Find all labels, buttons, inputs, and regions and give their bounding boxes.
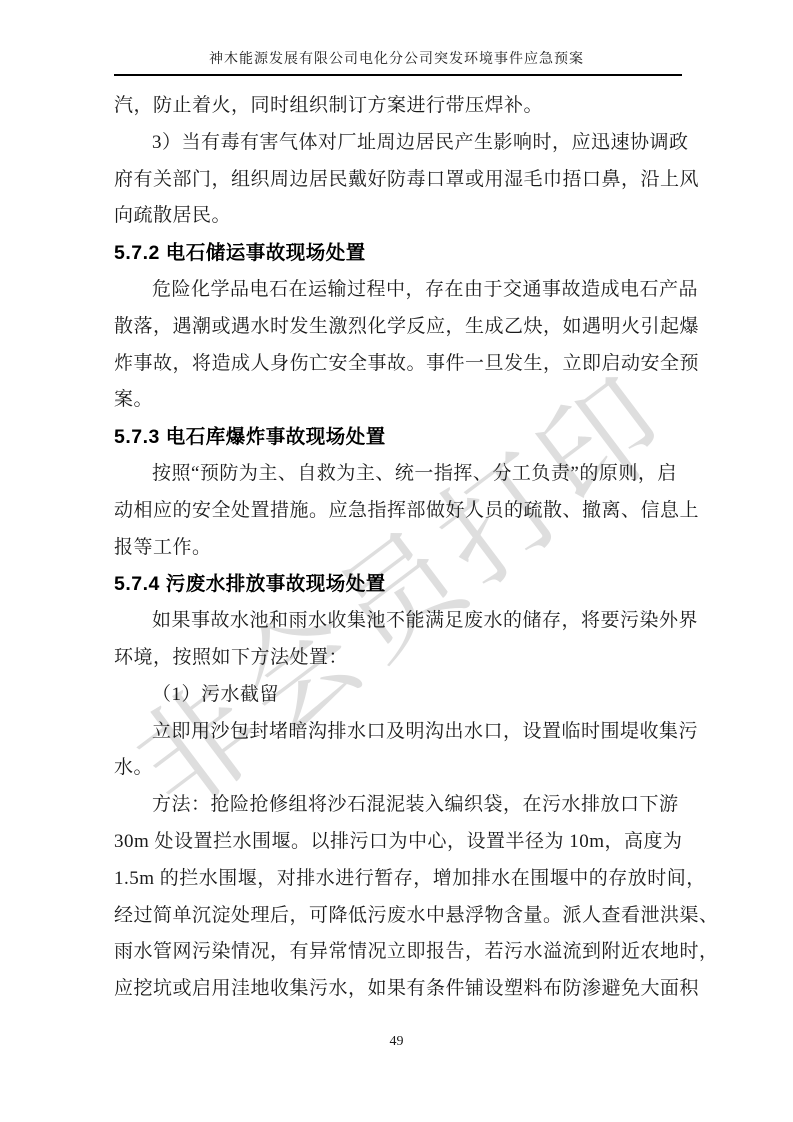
section-heading: 5.7.4 污废水排放事故现场处置 xyxy=(114,566,682,603)
body-line: 应挖坑或启用洼地收集污水，如果有条件铺设塑料布防渗避免大面积 xyxy=(114,971,682,1008)
body-line: 动相应的安全处置措施。应急指挥部做好人员的疏散、撤离、信息上 xyxy=(114,493,682,530)
body-line: 立即用沙包封堵暗沟排水口及明沟出水口，设置临时围堤收集污 xyxy=(114,714,682,751)
section-heading: 5.7.2 电石储运事故现场处置 xyxy=(114,235,682,272)
body-line: 方法：抢险抢修组将沙石混泥装入编织袋，在污水排放口下游 xyxy=(114,787,682,824)
body-line: 经过简单沉淀处理后，可降低污废水中悬浮物含量。派人查看泄洪渠、 xyxy=(114,898,682,935)
document-body: 汽，防止着火，同时组织制订方案进行带压焊补。3）当有毒有害气体对厂址周边居民产生… xyxy=(114,88,682,1008)
body-line: 按照“预防为主、自救为主、统一指挥、分工负责”的原则，启 xyxy=(114,456,682,493)
body-line: 如果事故水池和雨水收集池不能满足废水的储存，将要污染外界 xyxy=(114,603,682,640)
body-line: （1）污水截留 xyxy=(114,677,682,714)
body-line: 府有关部门，组织周边居民戴好防毒口罩或用湿毛巾捂口鼻，沿上风 xyxy=(114,162,682,199)
body-line: 汽，防止着火，同时组织制订方案进行带压焊补。 xyxy=(114,88,682,125)
body-line: 炸事故，将造成人身伤亡安全事故。事件一旦发生，立即启动安全预 xyxy=(114,346,682,383)
section-heading: 5.7.3 电石库爆炸事故现场处置 xyxy=(114,419,682,456)
body-line: 报等工作。 xyxy=(114,530,682,567)
page-number: 49 xyxy=(0,1034,793,1050)
body-line: 3）当有毒有害气体对厂址周边居民产生影响时，应迅速协调政 xyxy=(114,125,682,162)
body-line: 水。 xyxy=(114,750,682,787)
body-line: 1.5m 的拦水围堰，对排水进行暂存，增加排水在围堰中的存放时间， xyxy=(114,861,682,898)
page-header-title: 神木能源发展有限公司电化分公司突发环境事件应急预案 xyxy=(0,48,793,68)
body-line: 向疏散居民。 xyxy=(114,198,682,235)
document-page: 非会员打印 神木能源发展有限公司电化分公司突发环境事件应急预案 汽，防止着火，同… xyxy=(0,0,793,1122)
body-line: 雨水管网污染情况，有异常情况立即报告，若污水溢流到附近农地时， xyxy=(114,934,682,971)
body-line: 危险化学品电石在运输过程中，存在由于交通事故造成电石产品 xyxy=(114,272,682,309)
body-line: 散落，遇潮或遇水时发生激烈化学反应，生成乙炔，如遇明火引起爆 xyxy=(114,309,682,346)
body-line: 30m 处设置拦水围堰。以排污口为中心，设置半径为 10m，高度为 xyxy=(114,824,682,861)
body-line: 环境，按照如下方法处置： xyxy=(114,640,682,677)
body-line: 案。 xyxy=(114,382,682,419)
header-rule-divider xyxy=(114,74,682,76)
